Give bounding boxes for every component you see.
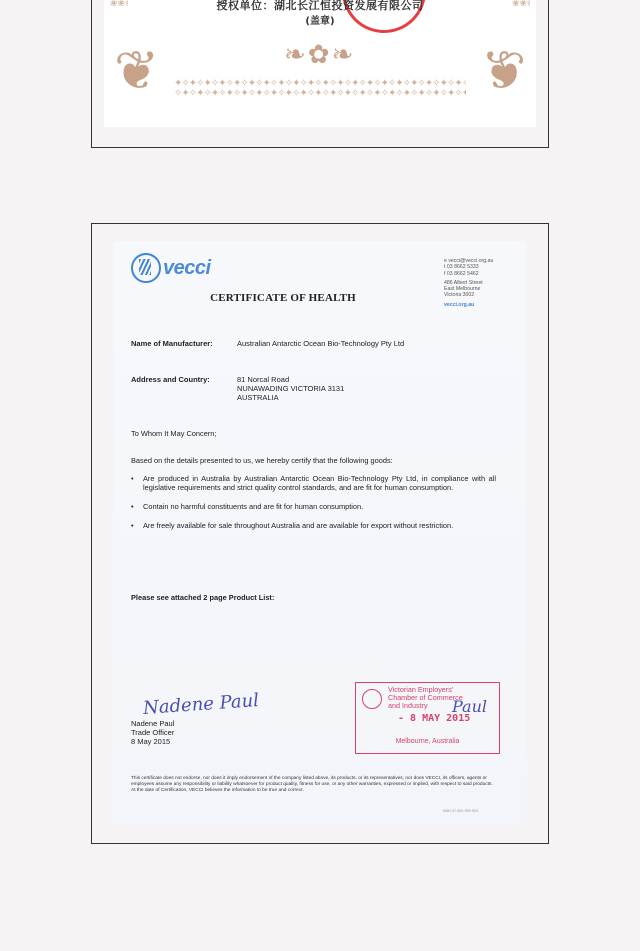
address-line: 81 Norcal Road bbox=[237, 375, 477, 384]
address-line: AUSTRALIA bbox=[237, 393, 477, 402]
stamp-city: Melbourne, Australia bbox=[356, 738, 499, 745]
manufacturer-label: Name of Manufacturer: bbox=[131, 339, 237, 348]
abn-number: ABN 37 650 959 904 bbox=[443, 809, 478, 813]
stamp-logo-icon bbox=[362, 689, 382, 709]
certificate-title: CERTIFICATE OF HEALTH bbox=[113, 292, 453, 304]
certificate-frame-health: vecci e vecci@vecci.org.au t 03 8662 533… bbox=[91, 223, 549, 844]
product-list-note: Please see attached 2 page Product List: bbox=[131, 593, 496, 602]
handwritten-signature: Nadene Paul bbox=[142, 690, 259, 719]
intro-text: Based on the details presented to us, we… bbox=[131, 456, 496, 465]
signatory-title: Trade Officer bbox=[131, 728, 174, 737]
signatory-name: Nadene Paul bbox=[131, 719, 174, 728]
signed-date: 8 May 2015 bbox=[131, 737, 174, 746]
center-ornament: ❧✿❧ bbox=[284, 39, 355, 70]
corner-ornament-right: ❦ bbox=[481, 39, 526, 102]
signatory-block: Nadene Paul Trade Officer 8 May 2015 bbox=[131, 719, 174, 746]
vecci-logo: vecci bbox=[131, 253, 211, 283]
disclaimer-text: This certificate does not endorse, nor d… bbox=[131, 776, 496, 793]
certification-list: Are produced in Australia by Australian … bbox=[131, 474, 496, 540]
vecci-logo-icon bbox=[131, 253, 161, 283]
vecci-stamp: Victorian Employers' Chamber of Commerce… bbox=[355, 682, 500, 754]
health-certificate-document: vecci e vecci@vecci.org.au t 03 8662 533… bbox=[113, 241, 526, 827]
list-item: Are freely available for sale throughout… bbox=[131, 521, 496, 530]
list-item: Are produced in Australia by Australian … bbox=[131, 474, 496, 492]
seal-note: (盖章) bbox=[104, 12, 536, 27]
vecci-logo-text: vecci bbox=[163, 257, 211, 280]
manufacturer-value: Australian Antarctic Ocean Bio-Technolog… bbox=[237, 339, 477, 348]
corner-ornament-left: ❦ bbox=[114, 39, 159, 102]
certificate-frame-top: ❀❀❀❀❀❀❀❀ ❀❀❀❀❀❀❀❀ 授权单位：湖北长江恒投资发展有限公司 (盖章… bbox=[91, 0, 549, 148]
stamp-signature: Paul bbox=[452, 697, 487, 716]
salutation: To Whom It May Concern; bbox=[131, 429, 496, 438]
address-line: NUNAWADING VICTORIA 3131 bbox=[237, 384, 477, 393]
list-item: Contain no harmful constituents and are … bbox=[131, 502, 496, 511]
address-value: 81 Norcal Road NUNAWADING VICTORIA 3131 … bbox=[237, 375, 477, 402]
address-label: Address and Country: bbox=[131, 375, 237, 384]
authorization-certificate: ❀❀❀❀❀❀❀❀ ❀❀❀❀❀❀❀❀ 授权单位：湖北长江恒投资发展有限公司 (盖章… bbox=[104, 0, 536, 127]
ornament-border-bottom: ✦✧✦✧✦✧✦✧✦✧✦✧✦✧✦✧✦✧✦✧✦✧✦✧✦✧✦✧✦✧✦✧✦✧✦✧✦✧✦✧… bbox=[174, 79, 466, 99]
